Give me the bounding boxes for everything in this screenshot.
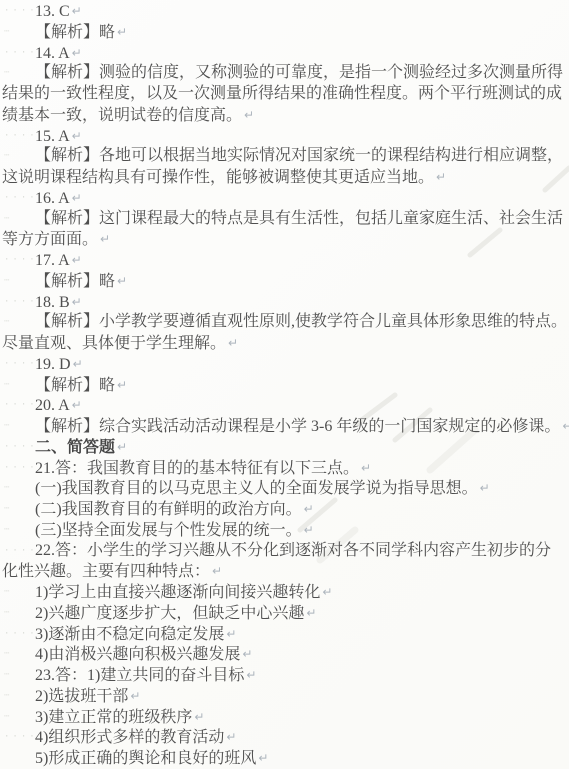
format-space-mark: ···· bbox=[4, 1, 38, 22]
return-mark-icon: ↵ bbox=[73, 357, 83, 371]
line-text: 【解析】各地可以根据当地实际情况对国家统一的课程结构进行相应调整， bbox=[35, 147, 563, 164]
return-mark-icon: ↵ bbox=[100, 232, 110, 246]
format-space-mark: ···· bbox=[4, 727, 38, 748]
doc-line: ····3)逐渐由不稳定向稳定发展↵ bbox=[2, 624, 569, 645]
format-space-mark: ···· bbox=[4, 437, 38, 458]
return-mark-icon: ↵ bbox=[226, 627, 236, 641]
doc-line: ┄(一)我国教育目的以马克思主义人的全面发展学说为指导思想。↵ bbox=[2, 478, 569, 499]
return-mark-icon: ↵ bbox=[306, 606, 316, 620]
document-page: ····13. C↵┄【解析】略↵····14. A↵┄【解析】测验的信度，又称… bbox=[0, 0, 569, 769]
format-space-mark: ┄ bbox=[4, 209, 12, 230]
doc-line: 化性兴趣。主要有四种特点：↵ bbox=[2, 561, 569, 582]
line-text: (三)坚持全面发展与个性发展的统一。 bbox=[35, 522, 302, 539]
doc-line: 5)形成正确的舆论和良好的班风↵ bbox=[2, 748, 569, 769]
line-text: 14. A bbox=[35, 45, 70, 62]
line-text: 绩基本一致，说明试卷的信度高。 bbox=[2, 107, 242, 124]
return-mark-icon: ↵ bbox=[194, 710, 204, 724]
line-text: 21.答：我国教育目的的基本特征有以下三点。 bbox=[35, 460, 359, 477]
line-text: 这说明课程结构具有可操作性，能够被调整使其更适应当地。 bbox=[2, 169, 434, 186]
format-space-mark: ┄ bbox=[4, 644, 12, 665]
line-text: 等方方面面。 bbox=[2, 231, 98, 248]
format-space-mark: ┄ bbox=[4, 499, 12, 520]
doc-line: ┄23.答：1)建立共同的奋斗目标↵ bbox=[2, 665, 569, 686]
format-space-mark: ┄ bbox=[4, 312, 12, 333]
doc-line: ┄【解析】略↵ bbox=[2, 271, 569, 292]
line-text: 2)兴趣广度逐步扩大，但缺乏中心兴趣 bbox=[35, 605, 304, 622]
doc-line: 等方方面面。↵ bbox=[2, 229, 569, 250]
format-space-mark: ┄ bbox=[4, 520, 12, 541]
line-text: (二)我国教育目的有鲜明的政治方向。 bbox=[35, 501, 302, 518]
doc-line: ┄【解析】小学教学要遵循直观性原则,使教学符合儿童具体形象思维的特点。 bbox=[2, 312, 569, 333]
doc-line: ┄(二)我国教育目的有鲜明的政治方向。↵ bbox=[2, 499, 569, 520]
line-text: 18. B bbox=[35, 294, 70, 311]
doc-line: ····19. D↵ bbox=[2, 354, 569, 375]
doc-line: 绩基本一致，说明试卷的信度高。↵ bbox=[2, 105, 569, 126]
line-text: 15. A bbox=[35, 128, 70, 145]
return-mark-icon: ↵ bbox=[72, 295, 82, 309]
format-space-mark: ┄ bbox=[4, 603, 12, 624]
format-space-mark: ···· bbox=[4, 250, 38, 271]
line-text: 22.答：小学生的学习兴趣从不分化到逐渐对各不同学科内容产生初步的分 bbox=[35, 542, 551, 559]
doc-line: ┄4)由消极兴趣向积极兴趣发展↵ bbox=[2, 644, 569, 665]
line-text: 3)建立正常的班级秩序 bbox=[35, 709, 192, 726]
line-text: 13. C bbox=[35, 3, 70, 20]
doc-line: ····13. C↵ bbox=[2, 1, 569, 22]
return-mark-icon: ↵ bbox=[304, 523, 314, 537]
line-text: 2)选拔班干部 bbox=[35, 688, 128, 705]
return-mark-icon: ↵ bbox=[72, 253, 82, 267]
doc-line: 这说明课程结构具有可操作性，能够被调整使其更适应当地。↵ bbox=[2, 167, 569, 188]
format-space-mark: ···· bbox=[4, 624, 38, 645]
line-text: 20. A bbox=[35, 397, 70, 414]
line-text: 17. A bbox=[35, 252, 70, 269]
doc-line: ┄2)选拔班干部↵ bbox=[2, 686, 569, 707]
line-text: 23.答：1)建立共同的奋斗目标 bbox=[35, 667, 244, 684]
format-space-mark: ···· bbox=[4, 458, 38, 479]
return-mark-icon: ↵ bbox=[436, 170, 446, 184]
line-text: 【解析】略 bbox=[35, 377, 115, 394]
return-mark-icon: ↵ bbox=[480, 481, 490, 495]
format-space-mark: ···· bbox=[4, 126, 38, 147]
line-text: (一)我国教育目的以马克思主义人的全面发展学说为指导思想。 bbox=[35, 480, 478, 497]
format-space-mark: ┄ bbox=[4, 271, 12, 292]
format-space-mark: ┄ bbox=[4, 665, 12, 686]
line-text: 【解析】小学教学要遵循直观性原则,使教学符合儿童具体形象思维的特点。 bbox=[35, 313, 567, 330]
return-mark-icon: ↵ bbox=[72, 398, 82, 412]
line-text: 4)由消极兴趣向积极兴趣发展 bbox=[35, 646, 240, 663]
format-space-mark: ···· bbox=[4, 354, 38, 375]
doc-line: ┄【解析】略↵ bbox=[2, 375, 569, 396]
line-text: 4)组织形式多样的教育活动 bbox=[35, 729, 224, 746]
format-space-mark: ┄ bbox=[4, 582, 12, 603]
line-text: 二、简答题 bbox=[35, 439, 115, 456]
return-mark-icon: ↵ bbox=[117, 274, 127, 288]
return-mark-icon: ↵ bbox=[258, 751, 268, 765]
return-mark-icon: ↵ bbox=[72, 191, 82, 205]
return-mark-icon: ↵ bbox=[361, 461, 371, 475]
doc-line: ┄1)学习上由直接兴趣逐渐向间接兴趣转化↵ bbox=[2, 582, 569, 603]
doc-line: ····15. A↵ bbox=[2, 126, 569, 147]
line-text: 19. D bbox=[35, 356, 71, 373]
line-text: 【解析】综合实践活动活动课程是小学 3-6 年级的一门国家规定的必修课。 bbox=[35, 418, 560, 435]
doc-line: ┄【解析】综合实践活动活动课程是小学 3-6 年级的一门国家规定的必修课。↵ bbox=[2, 416, 569, 437]
doc-line: ┄【解析】测验的信度，又称测验的可靠度，是指一个测验经过多次测量所得 bbox=[2, 63, 569, 84]
format-space-mark: ···· bbox=[4, 292, 38, 313]
doc-line: ····4)组织形式多样的教育活动↵ bbox=[2, 727, 569, 748]
answer-key-document: ····13. C↵┄【解析】略↵····14. A↵┄【解析】测验的信度，又称… bbox=[2, 1, 569, 769]
return-mark-icon: ↵ bbox=[244, 108, 254, 122]
return-mark-icon: ↵ bbox=[562, 419, 569, 433]
doc-line: 尽量直观、具体便于学生理解。↵ bbox=[2, 333, 569, 354]
return-mark-icon: ↵ bbox=[242, 647, 252, 661]
doc-line: ····21.答：我国教育目的的基本特征有以下三点。↵ bbox=[2, 458, 569, 479]
doc-line: ┄【解析】这门课程最大的特点是具有生活性，包括儿童家庭生活、社会生活 bbox=[2, 209, 569, 230]
return-mark-icon: ↵ bbox=[322, 585, 332, 599]
doc-line: 结果的一致性程度，以及一次测量所得结果的准确性程度。两个平行班测试的成 bbox=[2, 84, 569, 105]
doc-line: ┄【解析】各地可以根据当地实际情况对国家统一的课程结构进行相应调整， bbox=[2, 146, 569, 167]
return-mark-icon: ↵ bbox=[304, 502, 314, 516]
return-mark-icon: ↵ bbox=[117, 440, 127, 454]
doc-line: ····22.答：小学生的学习兴趣从不分化到逐渐对各不同学科内容产生初步的分 bbox=[2, 541, 569, 562]
return-mark-icon: ↵ bbox=[130, 689, 140, 703]
line-text: 化性兴趣。主要有四种特点： bbox=[2, 563, 210, 580]
doc-line: ····16. A↵ bbox=[2, 188, 569, 209]
format-space-mark: ┄ bbox=[4, 478, 12, 499]
line-text: 【解析】这门课程最大的特点是具有生活性，包括儿童家庭生活、社会生活 bbox=[35, 210, 563, 227]
line-text: 16. A bbox=[35, 190, 70, 207]
return-mark-icon: ↵ bbox=[246, 668, 256, 682]
return-mark-icon: ↵ bbox=[117, 25, 127, 39]
format-space-mark: ···· bbox=[4, 43, 38, 64]
line-text: 【解析】略 bbox=[35, 24, 115, 41]
doc-line: ····14. A↵ bbox=[2, 43, 569, 64]
doc-line: ┄2)兴趣广度逐步扩大，但缺乏中心兴趣↵ bbox=[2, 603, 569, 624]
line-text: 1)学习上由直接兴趣逐渐向间接兴趣转化 bbox=[35, 584, 320, 601]
doc-line: ····20. A↵ bbox=[2, 395, 569, 416]
doc-line: ····17. A↵ bbox=[2, 250, 569, 271]
format-space-mark: ···· bbox=[4, 188, 38, 209]
format-space-mark: ┄ bbox=[4, 707, 12, 728]
line-text: 【解析】略 bbox=[35, 273, 115, 290]
format-space-mark: ┄ bbox=[4, 22, 12, 43]
return-mark-icon: ↵ bbox=[226, 730, 236, 744]
return-mark-icon: ↵ bbox=[72, 4, 82, 18]
format-space-mark: ┄ bbox=[4, 686, 12, 707]
format-space-mark: ···· bbox=[4, 395, 38, 416]
doc-line: ┄【解析】略↵ bbox=[2, 22, 569, 43]
section-heading: ····二、简答题↵ bbox=[2, 437, 569, 458]
doc-line: ┄3)建立正常的班级秩序↵ bbox=[2, 707, 569, 728]
format-space-mark: ···· bbox=[4, 541, 38, 562]
line-text: 5)形成正确的舆论和良好的班风 bbox=[35, 750, 256, 767]
line-text: 结果的一致性程度，以及一次测量所得结果的准确性程度。两个平行班测试的成 bbox=[2, 85, 562, 102]
return-mark-icon: ↵ bbox=[212, 564, 222, 578]
line-text: 尽量直观、具体便于学生理解。 bbox=[2, 335, 226, 352]
return-mark-icon: ↵ bbox=[117, 378, 127, 392]
return-mark-icon: ↵ bbox=[72, 129, 82, 143]
line-text: 【解析】测验的信度，又称测验的可靠度，是指一个测验经过多次测量所得 bbox=[35, 64, 563, 81]
return-mark-icon: ↵ bbox=[72, 46, 82, 60]
return-mark-icon: ↵ bbox=[228, 336, 238, 350]
doc-line: ····18. B↵ bbox=[2, 292, 569, 313]
format-space-mark: ┄ bbox=[4, 375, 12, 396]
line-text: 3)逐渐由不稳定向稳定发展 bbox=[35, 626, 224, 643]
doc-line: ┄(三)坚持全面发展与个性发展的统一。↵ bbox=[2, 520, 569, 541]
format-space-mark: ┄ bbox=[4, 146, 12, 167]
format-space-mark: ┄ bbox=[4, 63, 12, 84]
format-space-mark: ┄ bbox=[4, 416, 12, 437]
